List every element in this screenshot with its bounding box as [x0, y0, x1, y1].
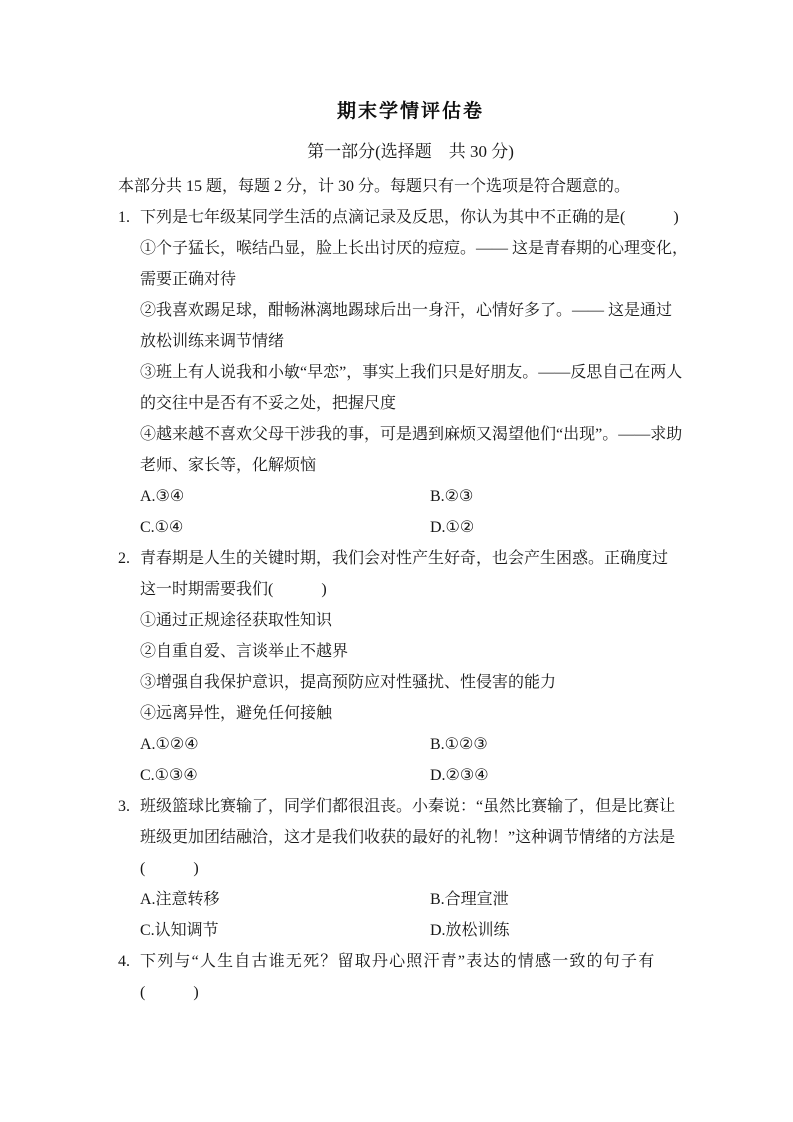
question-1-option-c: C.①④: [140, 512, 430, 543]
question-1-option-b: B.②③: [430, 481, 703, 512]
question-1-item-line: ③班上有人说我和小敏“早恋”，事实上我们只是好朋友。——反思自己在两人: [140, 357, 703, 388]
question-2-stem-line: 青春期是人生的关键时期，我们会对性产生好奇，也会产生困惑。正确度过: [140, 543, 703, 574]
question-1-item-line: 的交往中是否有不妥之处，把握尺度: [140, 388, 703, 419]
question-2-option-b: B.①②③: [430, 729, 703, 760]
question-4-stem-line: ( ): [140, 977, 703, 1008]
question-3-option-a: A.注意转移: [140, 884, 430, 915]
question-3-stem-line: 班级篮球比赛输了，同学们都很沮丧。小秦说：“虽然比赛输了，但是比赛让: [140, 791, 703, 822]
question-2-option-c: C.①③④: [140, 760, 430, 791]
exam-paper-page: 期末学情评估卷 第一部分(选择题 共 30 分) 本部分共 15 题，每题 2 …: [0, 0, 793, 1122]
question-3-stem-line: ( ): [140, 853, 703, 884]
question-2-item-line: ②自重自爱、言谈举止不越界: [140, 636, 703, 667]
question-2-item-line: ③增强自我保护意识，提高预防应对性骚扰、性侵害的能力: [140, 667, 703, 698]
question-1-option-d: D.①②: [430, 512, 703, 543]
intro-text: 本部分共 15 题，每题 2 分，计 30 分。每题只有一个选项是符合题意的。: [118, 171, 703, 202]
question-2-item-line: ④远离异性，避免任何接触: [140, 698, 703, 729]
question-2-option-a: A.①②④: [140, 729, 430, 760]
question-3-stem-line: 班级更加团结融洽，这才是我们收获的最好的礼物！”这种调节情绪的方法是: [140, 822, 703, 853]
question-2-option-d: D.②③④: [430, 760, 703, 791]
question-2-stem-line: 这一时期需要我们( ): [140, 574, 703, 605]
question-4: 4. 下列与“人生自古谁无死？留取丹心照汗青”表达的情感一致的句子有 ( ): [118, 946, 703, 1008]
question-3-option-d: D.放松训练: [430, 915, 703, 946]
page-title: 期末学情评估卷: [118, 101, 703, 123]
question-1-number: 1.: [118, 202, 130, 233]
question-1-stem-line: 下列是七年级某同学生活的点滴记录及反思，你认为其中不正确的是( ): [140, 202, 703, 233]
question-3-number: 3.: [118, 791, 130, 822]
question-1-option-a: A.③④: [140, 481, 430, 512]
question-1-item-line: ④越来越不喜欢父母干涉我的事，可是遇到麻烦又渴望他们“出现”。——求助: [140, 419, 703, 450]
question-1-item-line: 放松训练来调节情绪: [140, 326, 703, 357]
question-1-item-line: 需要正确对待: [140, 264, 703, 295]
question-2-options: A.①②④ B.①②③ C.①③④ D.②③④: [140, 729, 703, 791]
question-1-item-line: 老师、家长等，化解烦恼: [140, 450, 703, 481]
question-3-options: A.注意转移 B.合理宣泄 C.认知调节 D.放松训练: [140, 884, 703, 946]
question-1: 1. 下列是七年级某同学生活的点滴记录及反思，你认为其中不正确的是( ) ①个子…: [118, 202, 703, 543]
section-heading: 第一部分(选择题 共 30 分): [118, 141, 703, 163]
question-4-number: 4.: [118, 946, 130, 977]
question-1-item-line: ②我喜欢踢足球，酣畅淋漓地踢球后出一身汗，心情好多了。—— 这是通过: [140, 295, 703, 326]
question-2: 2. 青春期是人生的关键时期，我们会对性产生好奇，也会产生困惑。正确度过 这一时…: [118, 543, 703, 791]
question-3: 3. 班级篮球比赛输了，同学们都很沮丧。小秦说：“虽然比赛输了，但是比赛让 班级…: [118, 791, 703, 946]
question-2-item-line: ①通过正规途径获取性知识: [140, 605, 703, 636]
question-1-item-line: ①个子猛长，喉结凸显，脸上长出讨厌的痘痘。—— 这是青春期的心理变化，: [140, 233, 703, 264]
question-3-option-b: B.合理宣泄: [430, 884, 703, 915]
question-4-stem-line: 下列与“人生自古谁无死？留取丹心照汗青”表达的情感一致的句子有: [140, 946, 703, 977]
question-3-option-c: C.认知调节: [140, 915, 430, 946]
question-1-options: A.③④ B.②③ C.①④ D.①②: [140, 481, 703, 543]
question-2-number: 2.: [118, 543, 130, 574]
